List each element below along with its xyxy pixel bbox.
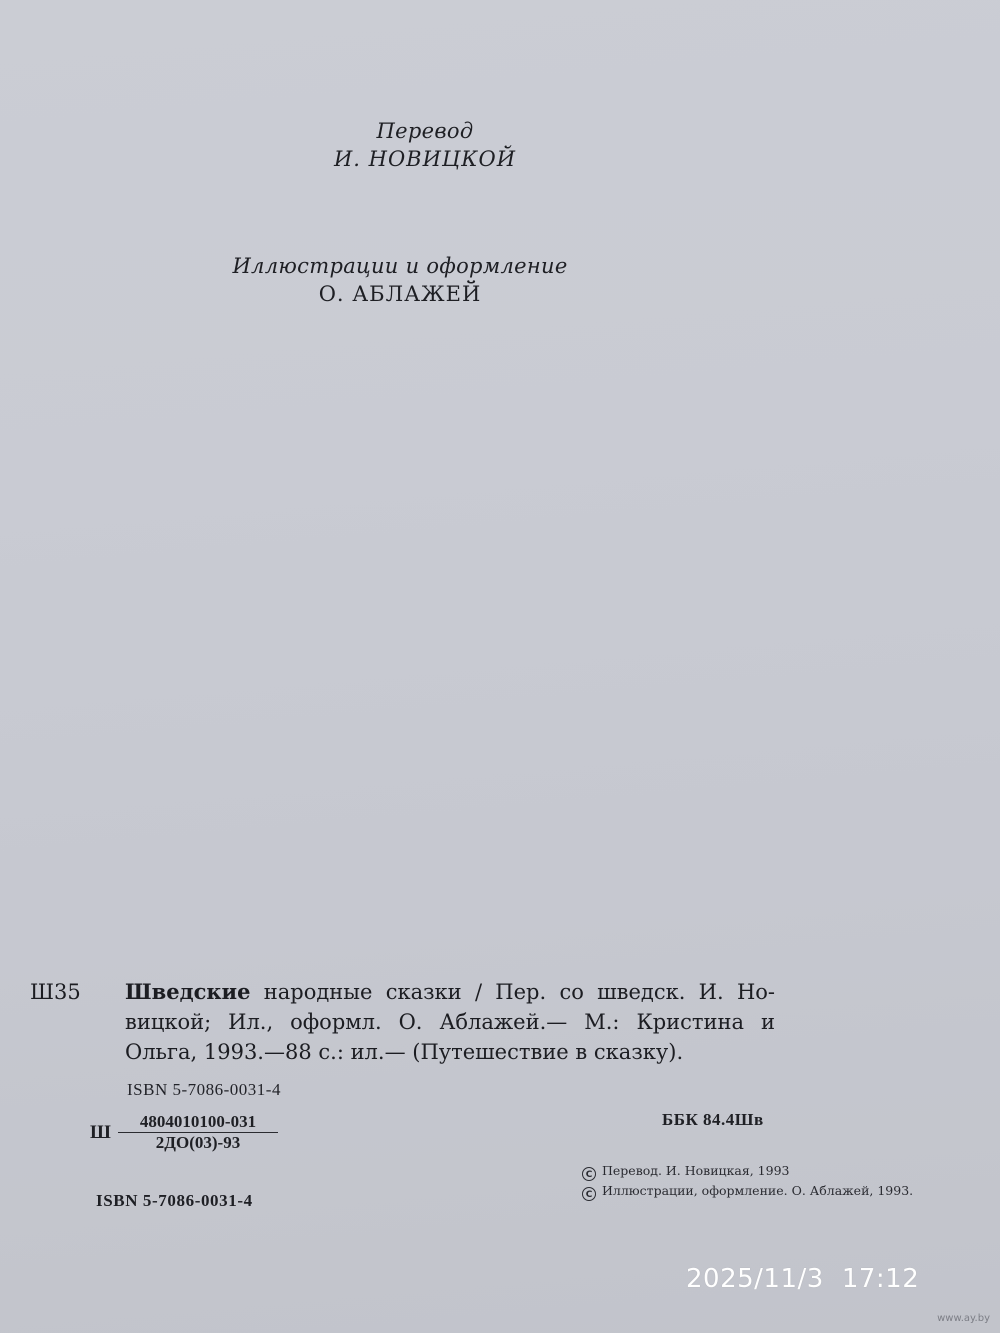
copyright-notices: CПеревод. И. Новицкая, 1993 CИллюстрации… — [582, 1162, 913, 1201]
classification-code: Ш35 — [30, 977, 81, 1007]
copyright-translation-text: Перевод. И. Новицкая, 1993 — [602, 1163, 790, 1178]
copyright-translation: CПеревод. И. Новицкая, 1993 — [582, 1162, 913, 1181]
translator-name: И. НОВИЦКОЙ — [0, 145, 925, 173]
book-imprint-page: Перевод И. НОВИЦКОЙ Иллюстрации и оформл… — [0, 0, 1000, 1333]
bbk-code: ББК 84.4Шв — [662, 1110, 764, 1130]
fraction-denominator: 2ДО(03)-93 — [118, 1133, 278, 1153]
site-watermark: www.ay.by — [937, 1313, 990, 1324]
fraction-prefix: Ш — [90, 1122, 111, 1144]
isbn-record: ISBN 5-7086-0031-4 — [127, 1080, 281, 1100]
bibliographic-description: Шведские народные сказки / Пер. со шведс… — [125, 977, 775, 1067]
timestamp-date: 2025/11/3 — [686, 1264, 824, 1294]
book-title-bold: Шведские — [125, 979, 250, 1004]
illustrator-credit: Иллюстрации и оформление О. АБЛАЖЕЙ — [0, 252, 900, 308]
illustration-label: Иллюстрации и оформление — [0, 252, 900, 280]
fraction-numerator: 4804010100-031 — [118, 1112, 278, 1133]
copyright-illustrations: CИллюстрации, оформление. О. Аблажей, 19… — [582, 1182, 913, 1201]
biblio-line-3: Ольга, 1993.—88 с.: ил.— (Путешествие в … — [125, 1037, 775, 1067]
biblio-line-1-rest: народные сказки / Пер. со шведск. И. Но- — [250, 980, 775, 1004]
copyright-icon: C — [582, 1167, 596, 1181]
fraction-body: 4804010100-031 2ДО(03)-93 — [118, 1112, 278, 1153]
biblio-line-2: вицкой; Ил., оформл. О. Аблажей.— М.: Кр… — [125, 1007, 775, 1037]
copyright-illustrations-text: Иллюстрации, оформление. О. Аблажей, 199… — [602, 1183, 913, 1198]
copyright-icon: C — [582, 1187, 596, 1201]
illustrator-name: О. АБЛАЖЕЙ — [0, 280, 900, 308]
translator-credit: Перевод И. НОВИЦКОЙ — [0, 117, 925, 173]
biblio-line-1: Шведские народные сказки / Пер. со шведс… — [125, 977, 775, 1007]
photo-timestamp: 2025/11/317:12 — [686, 1264, 919, 1294]
timestamp-time: 17:12 — [842, 1264, 919, 1294]
translation-label: Перевод — [0, 117, 925, 145]
isbn-bold: ISBN 5-7086-0031-4 — [96, 1191, 253, 1211]
